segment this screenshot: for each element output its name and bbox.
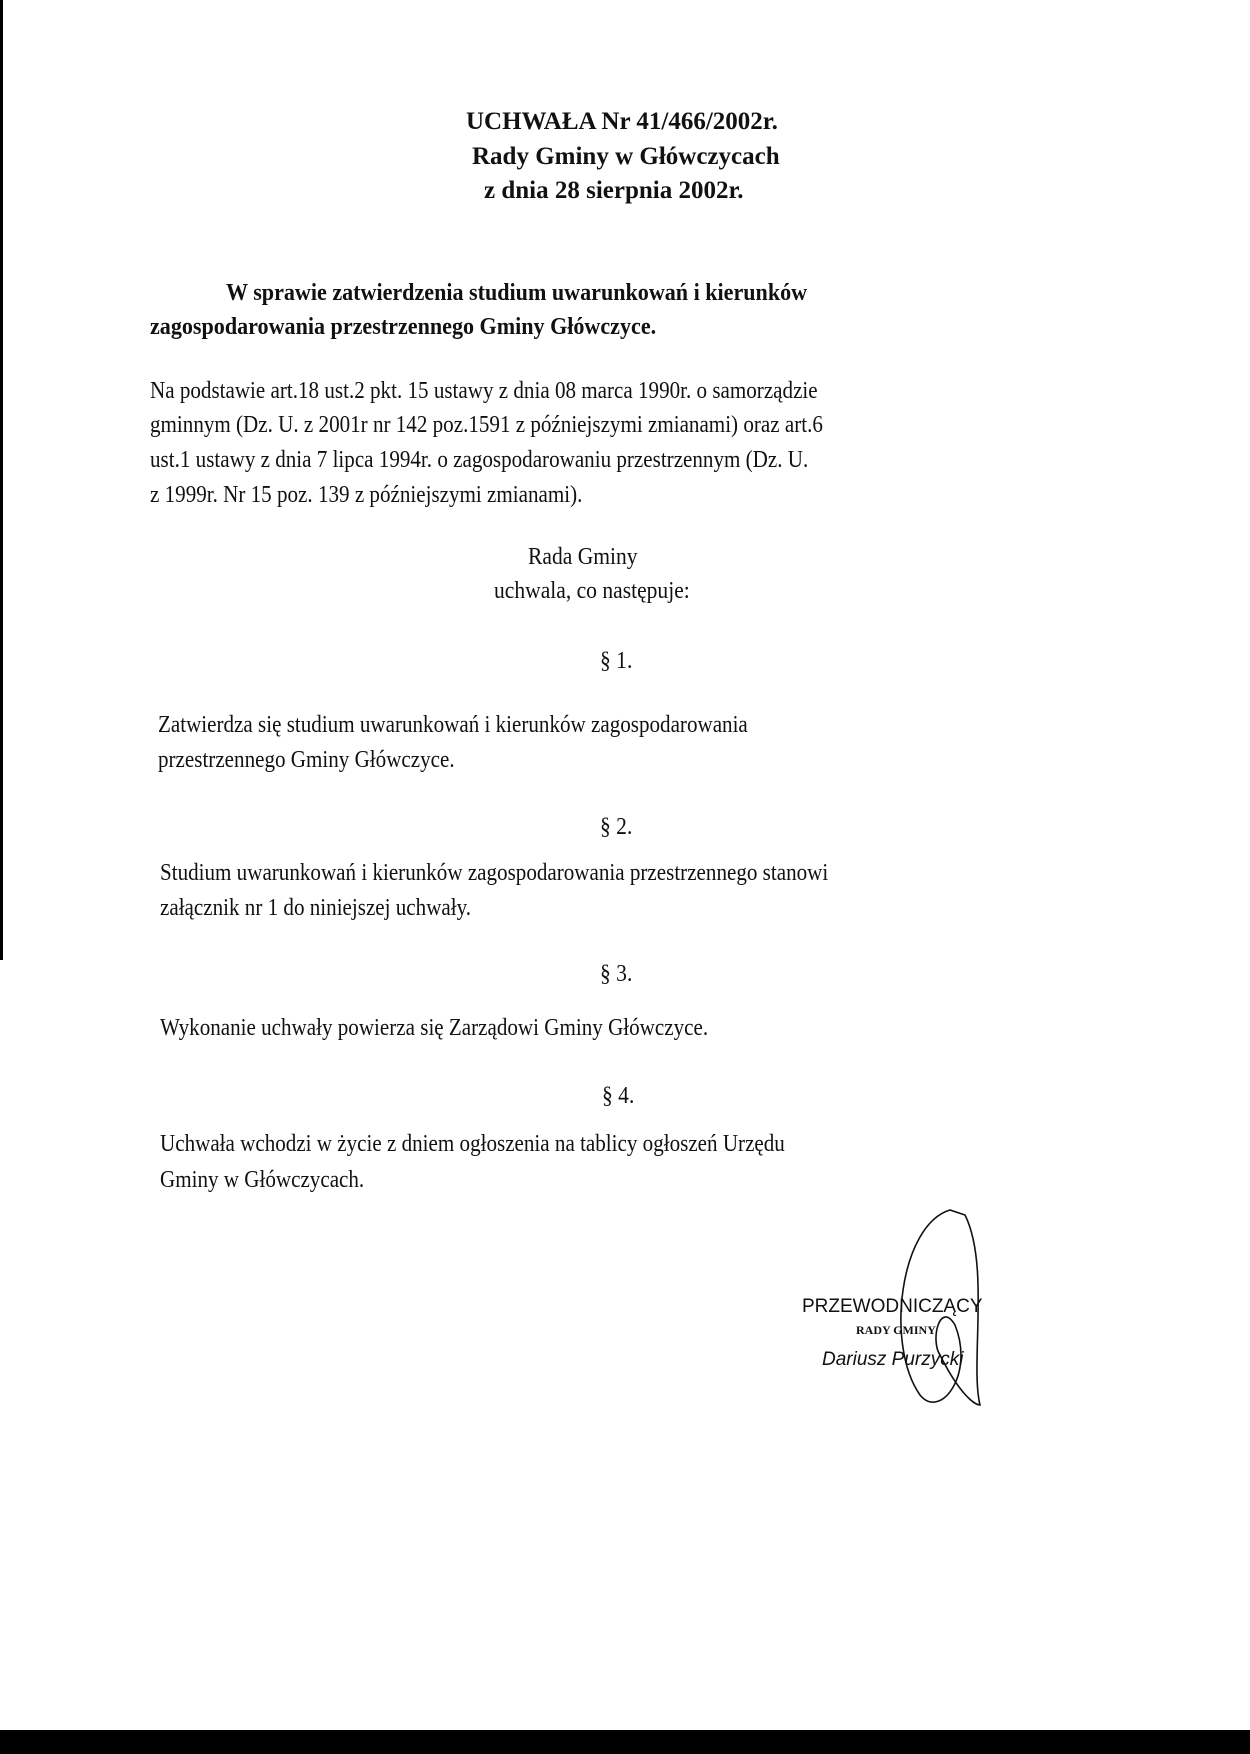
section-text: Uchwała wchodzi w życie z dniem ogłoszen…: [160, 1130, 1106, 1158]
legal-basis-line: z 1999r. Nr 15 poz. 139 z późniejszymi z…: [150, 481, 582, 509]
section-text: Studium uwarunkowań i kierunków zagospod…: [160, 859, 828, 887]
section-mark: § 4.: [602, 1082, 634, 1110]
section-mark: § 2.: [600, 813, 632, 841]
section-mark: § 3.: [600, 960, 632, 988]
scan-bottom-edge: [0, 1730, 1250, 1754]
resolves-line: uchwala, co następuje:: [494, 577, 690, 605]
section-text: Gminy w Główczycach.: [160, 1166, 364, 1194]
section-mark: § 1.: [600, 647, 632, 675]
signatory-name: Dariusz Purzycki: [822, 1349, 963, 1371]
council-name: Rady Gminy w Główczycach: [472, 143, 780, 171]
signature-title: PRZEWODNICZĄCY: [802, 1296, 983, 1318]
section-text: załącznik nr 1 do niniejszej uchwały.: [160, 894, 471, 922]
resolution-date: z dnia 28 sierpnia 2002r.: [484, 177, 744, 205]
resolution-number: UCHWAŁA Nr 41/466/2002r.: [466, 108, 778, 136]
subject-line: zagospodarowania przestrzennego Gminy Gł…: [150, 314, 656, 341]
section-text: Wykonanie uchwały powierza się Zarządowi…: [160, 1014, 708, 1042]
resolves-line: Rada Gminy: [528, 543, 638, 571]
section-text: Zatwierdza się studium uwarunkowań i kie…: [158, 711, 748, 739]
signature-subtitle: RADY GMINY: [856, 1323, 936, 1338]
legal-basis-line: ust.1 ustawy z dnia 7 lipca 1994r. o zag…: [150, 446, 808, 474]
scan-left-edge: [0, 0, 3, 960]
section-text: przestrzennego Gminy Główczyce.: [158, 746, 455, 774]
legal-basis-line: gminnym (Dz. U. z 2001r nr 142 poz.1591 …: [150, 411, 823, 439]
subject-line: W sprawie zatwierdzenia studium uwarunko…: [226, 280, 807, 307]
legal-basis-line: Na podstawie art.18 ust.2 pkt. 15 ustawy…: [150, 377, 818, 405]
